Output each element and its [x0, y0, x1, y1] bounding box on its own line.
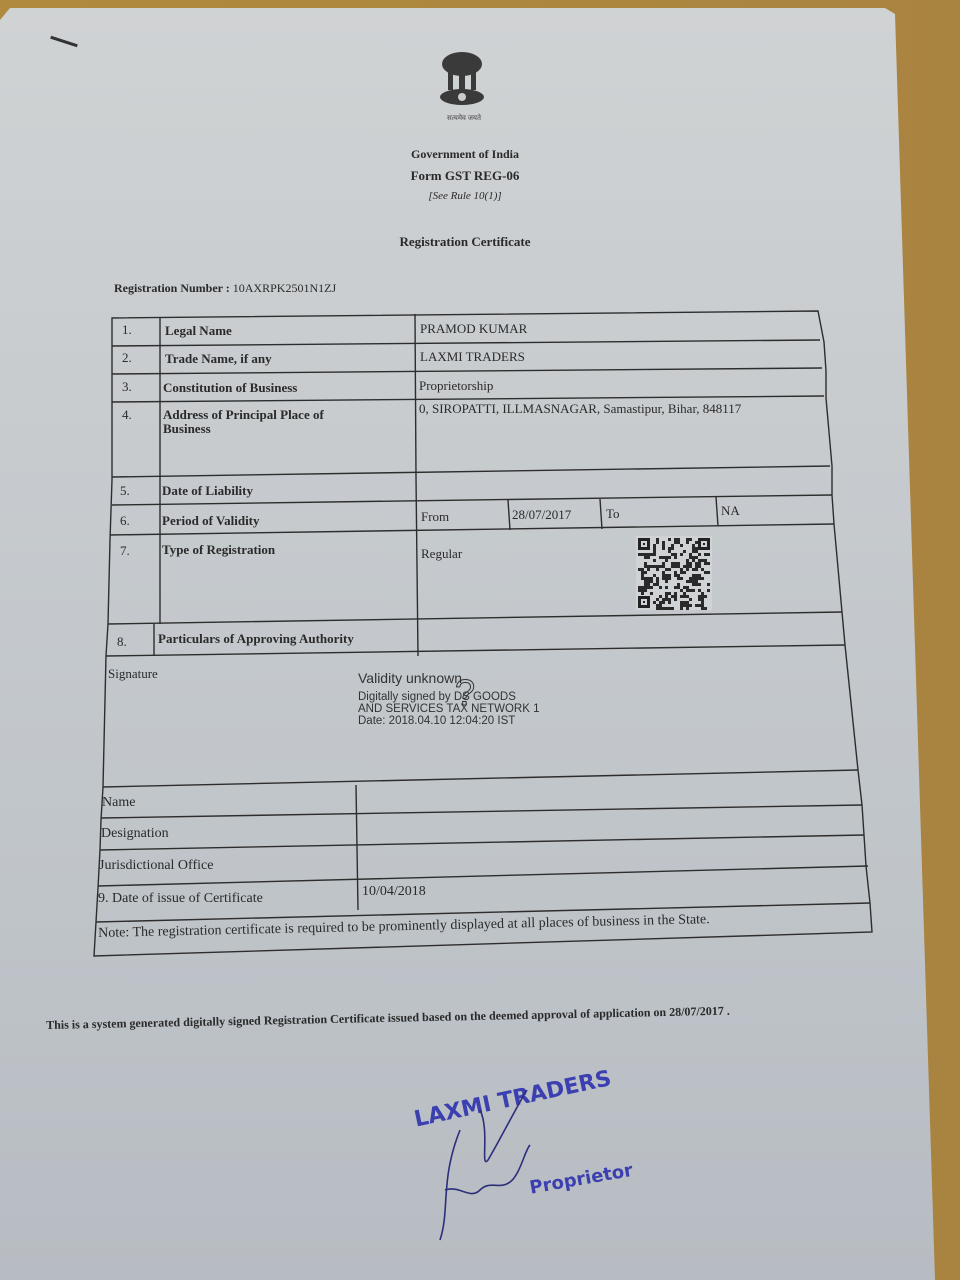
row-5-number: 5.	[120, 483, 130, 499]
emblem-motto: सत्यमेव जयते	[432, 114, 496, 123]
jurisdictional-office-label: Jurisdictional Office	[99, 858, 213, 874]
qr-code-icon	[636, 536, 712, 610]
row-2-number: 2.	[122, 350, 132, 366]
row-7-number: 7.	[120, 543, 130, 559]
signature-label: Signature	[108, 666, 158, 682]
signature-date: Date: 2018.04.10 12:04:20 IST	[358, 715, 539, 727]
signature-validity: Validity unknown	[358, 670, 539, 686]
row-5-label: Date of Liability	[162, 483, 253, 499]
issue-date-value: 10/04/2018	[362, 884, 426, 900]
row-8-number: 8.	[117, 634, 127, 650]
row-6-label: Period of Validity	[162, 513, 260, 529]
government-heading: Government of India	[0, 147, 930, 162]
national-emblem-icon	[434, 50, 490, 110]
row-4-number: 4.	[122, 407, 132, 423]
validity-from-label: From	[421, 509, 449, 525]
authority-name-label: Name	[102, 795, 135, 811]
registration-number-label: Registration Number :	[114, 281, 230, 295]
authority-designation-label: Designation	[101, 826, 169, 842]
row-6-number: 6.	[120, 513, 130, 529]
row-3-label: Constitution of Business	[163, 380, 297, 396]
certificate-title: Registration Certificate	[0, 234, 930, 250]
validity-from-date: 28/07/2017	[512, 507, 571, 523]
row-4-label: Address of Principal Place of Business	[163, 408, 373, 436]
signature-signer: Digitally signed by DS GOODS	[358, 691, 539, 703]
row-1-label: Legal Name	[165, 323, 232, 339]
issue-date-label: 9. Date of issue of Certificate	[98, 891, 263, 907]
legal-name-value: PRAMOD KUMAR	[420, 321, 527, 337]
row-3-number: 3.	[122, 379, 132, 395]
registration-number: Registration Number : 10AXRPK2501N1ZJ	[114, 281, 336, 296]
validity-to-label: To	[606, 506, 620, 522]
row-7-label: Type of Registration	[162, 542, 275, 558]
row-8-label: Particulars of Approving Authority	[158, 631, 354, 647]
validity-to-value: NA	[721, 503, 740, 519]
signature-organization: AND SERVICES TAX NETWORK 1	[358, 703, 539, 715]
trade-name-value: LAXMI TRADERS	[420, 349, 525, 365]
registration-type-value: Regular	[421, 546, 462, 562]
row-2-label: Trade Name, if any	[165, 351, 272, 367]
row-1-number: 1.	[122, 322, 132, 338]
rule-reference: [See Rule 10(1)]	[0, 190, 930, 202]
digital-signature-block: Validity unknown Digitally signed by DS …	[358, 670, 539, 727]
form-heading: Form GST REG-06	[0, 168, 930, 184]
registration-number-value: 10AXRPK2501N1ZJ	[233, 281, 336, 295]
unknown-validity-icon: ?	[455, 672, 475, 714]
handwritten-signature	[420, 1090, 640, 1250]
constitution-value: Proprietorship	[419, 378, 493, 394]
address-value: 0, SIROPATTI, ILLMASNAGAR, Samastipur, B…	[419, 401, 741, 417]
